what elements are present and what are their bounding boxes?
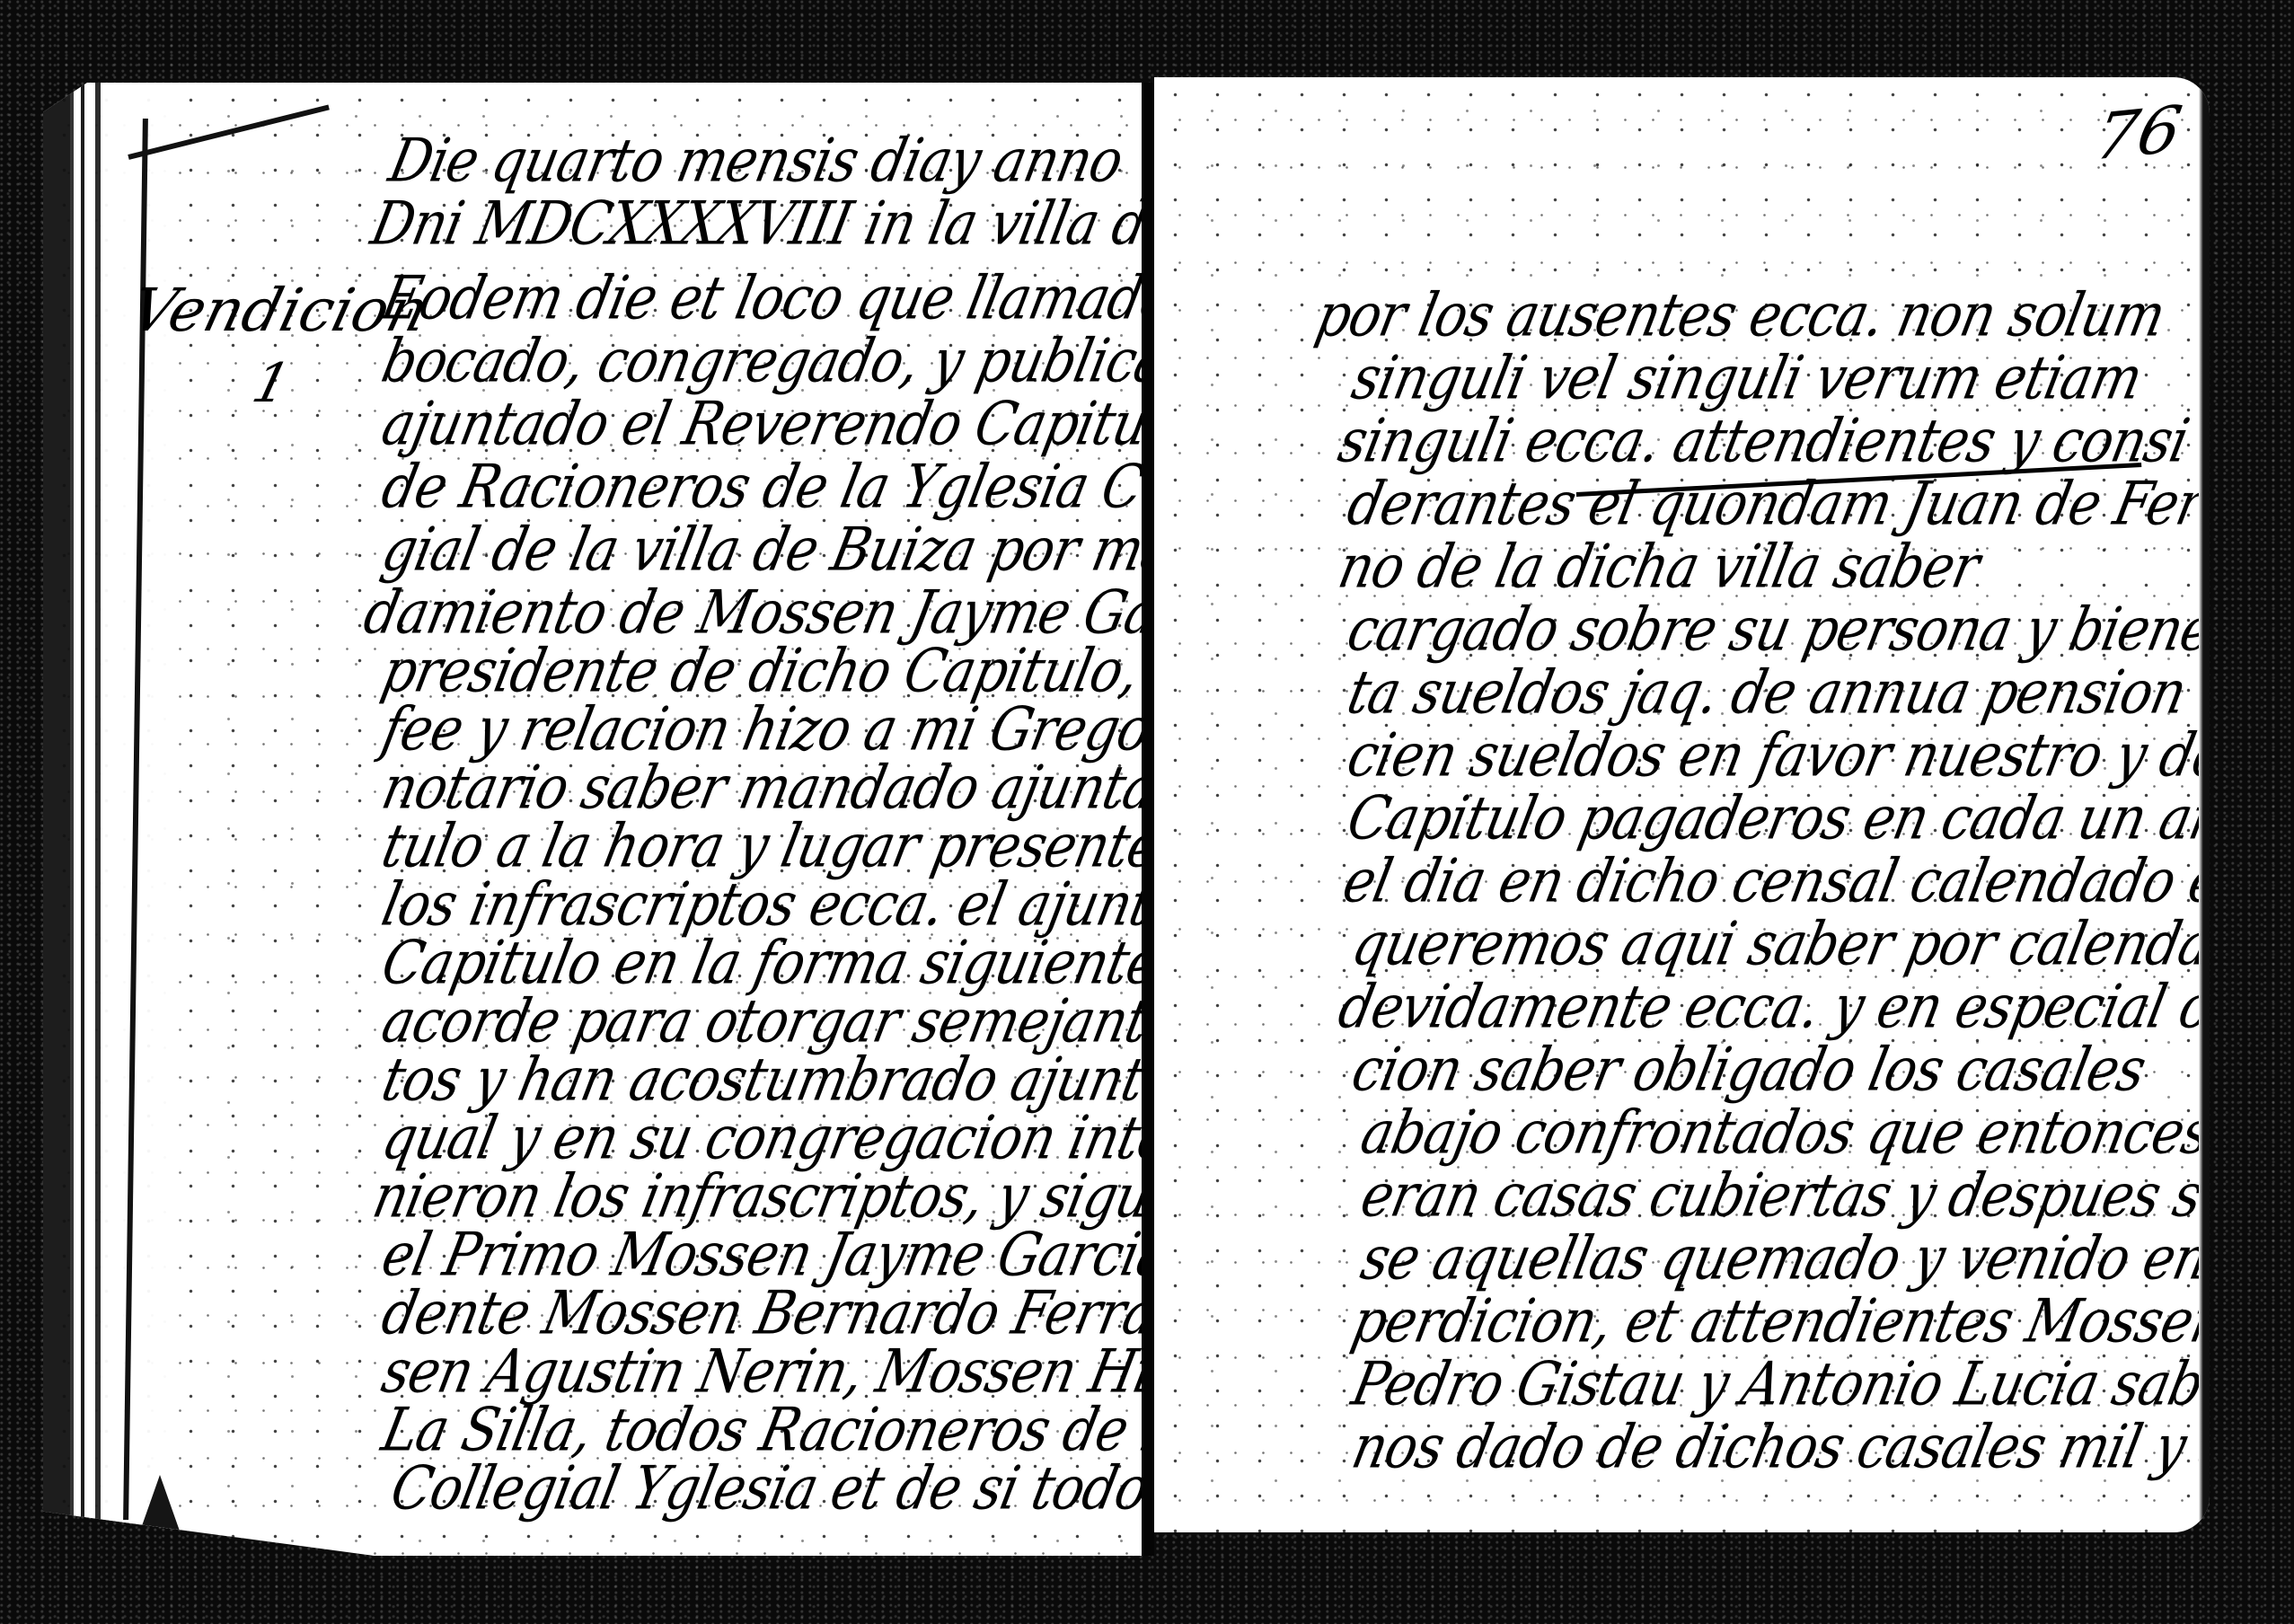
text-line: por los ausentes ecca. non solum <box>1311 285 2170 345</box>
text-line: ajuntado el Reverendo Capitulo <box>377 393 1146 454</box>
text-line: nos dado de dichos casales mil y do <box>1347 1417 2210 1477</box>
text-line: gial de la villa de Buiza por ma <box>377 519 1146 579</box>
margin-number: 1 <box>246 352 296 415</box>
text-line: se aquellas quemado y venido en <box>1356 1228 2210 1288</box>
text-line: derantes el quondam Juan de Ferraz vezi <box>1343 473 2210 534</box>
text-line: La Silla, todos Racioneros de la dicha <box>377 1399 1146 1460</box>
text-line: singuli vel singuli verum etiam <box>1347 348 2147 408</box>
right-page: 76 por los ausentes ecca. non solum sing… <box>1154 77 2210 1532</box>
text-line: singuli ecca. attendientes y consi <box>1334 410 2193 471</box>
text-line: qual y en su congregacion intervi <box>377 1108 1146 1168</box>
text-line: Pedro Gistau y Antonio Lucia saber <box>1347 1354 2210 1414</box>
text-line: devidamente ecca. y en especial obliga <box>1334 976 2210 1037</box>
text-line: ta sueldos jaq. de annua pension de <box>1343 662 2210 722</box>
text-line: Die quarto mensis diay anno <box>384 130 1127 190</box>
text-line: sen Agustin Nerin, Mossen Hipolito <box>377 1341 1146 1401</box>
page-edge-shadow <box>2199 77 2210 1532</box>
text-line: tulo a la hora y lugar presentes el qual <box>377 816 1146 876</box>
text-line: Capitulo en la forma siguiente por tico <box>377 932 1146 993</box>
text-line: nieron los infrascriptos, y siguientes <box>368 1166 1146 1226</box>
book-gutter <box>1142 83 1154 1556</box>
text-line: presidente de dicho Capitulo, el qual ta… <box>377 640 1146 701</box>
text-line: abajo confrontados que entonces <box>1356 1102 2210 1162</box>
text-line: tos y han acostumbrado ajuntar ecca. en … <box>377 1049 1146 1109</box>
text-line: no de la dicha villa saber <box>1334 536 1984 596</box>
text-line: notario saber mandado ajuntar dicho Capi <box>377 757 1146 817</box>
text-line: Eodem die et loco que llamado con <box>377 268 1146 328</box>
page-number: 76 <box>2089 91 2187 174</box>
text-line: Collegial Yglesia et de si todo <box>386 1458 1146 1518</box>
text-line: fee y relacion hizo a mi Gregorio Cuella <box>377 699 1146 759</box>
text-line: el Primo Mossen Jayme Garcia presi <box>377 1224 1146 1284</box>
text-line: queremos aqui saber por calendado <box>1347 913 2210 974</box>
text-line: los infrascriptos ecca. el ajuntado dich… <box>377 874 1146 934</box>
text-line: damiento de Mossen Jayme Garcia <box>359 582 1146 642</box>
page-corner-fold-inner <box>144 1529 176 1556</box>
text-line: el dia en dicho censal calendado el qual <box>1338 851 2210 911</box>
text-line: Capitulo pagaderos en cada un ano por <box>1343 788 2210 848</box>
text-line: acorde para otorgar semejantes ac <box>377 991 1146 1051</box>
page-corner-fold-bottom <box>106 1475 214 1556</box>
text-line: eran casas cubiertas y despues saber <box>1356 1165 2210 1225</box>
text-line: perdicion, et attendientes Mossen <box>1347 1291 2210 1351</box>
text-line: bocado, congregado, y publicamente <box>377 331 1146 391</box>
left-page: Vendicion 1 Die quarto mensis diay anno … <box>43 83 1146 1556</box>
text-line: Dni MDCXXXXVIII in la villa de Buiz <box>366 193 1146 253</box>
text-line: cion saber obligado los casales <box>1347 1039 2150 1099</box>
text-line: de Racioneros de la Yglesia Cole <box>377 456 1146 516</box>
text-line: dente Mossen Bernardo Ferraz, Mos <box>377 1283 1146 1343</box>
text-line: cien sueldos en favor nuestro y del dich… <box>1343 725 2210 785</box>
text-line: cargado sobre su persona y bienes cien <box>1343 599 2210 659</box>
